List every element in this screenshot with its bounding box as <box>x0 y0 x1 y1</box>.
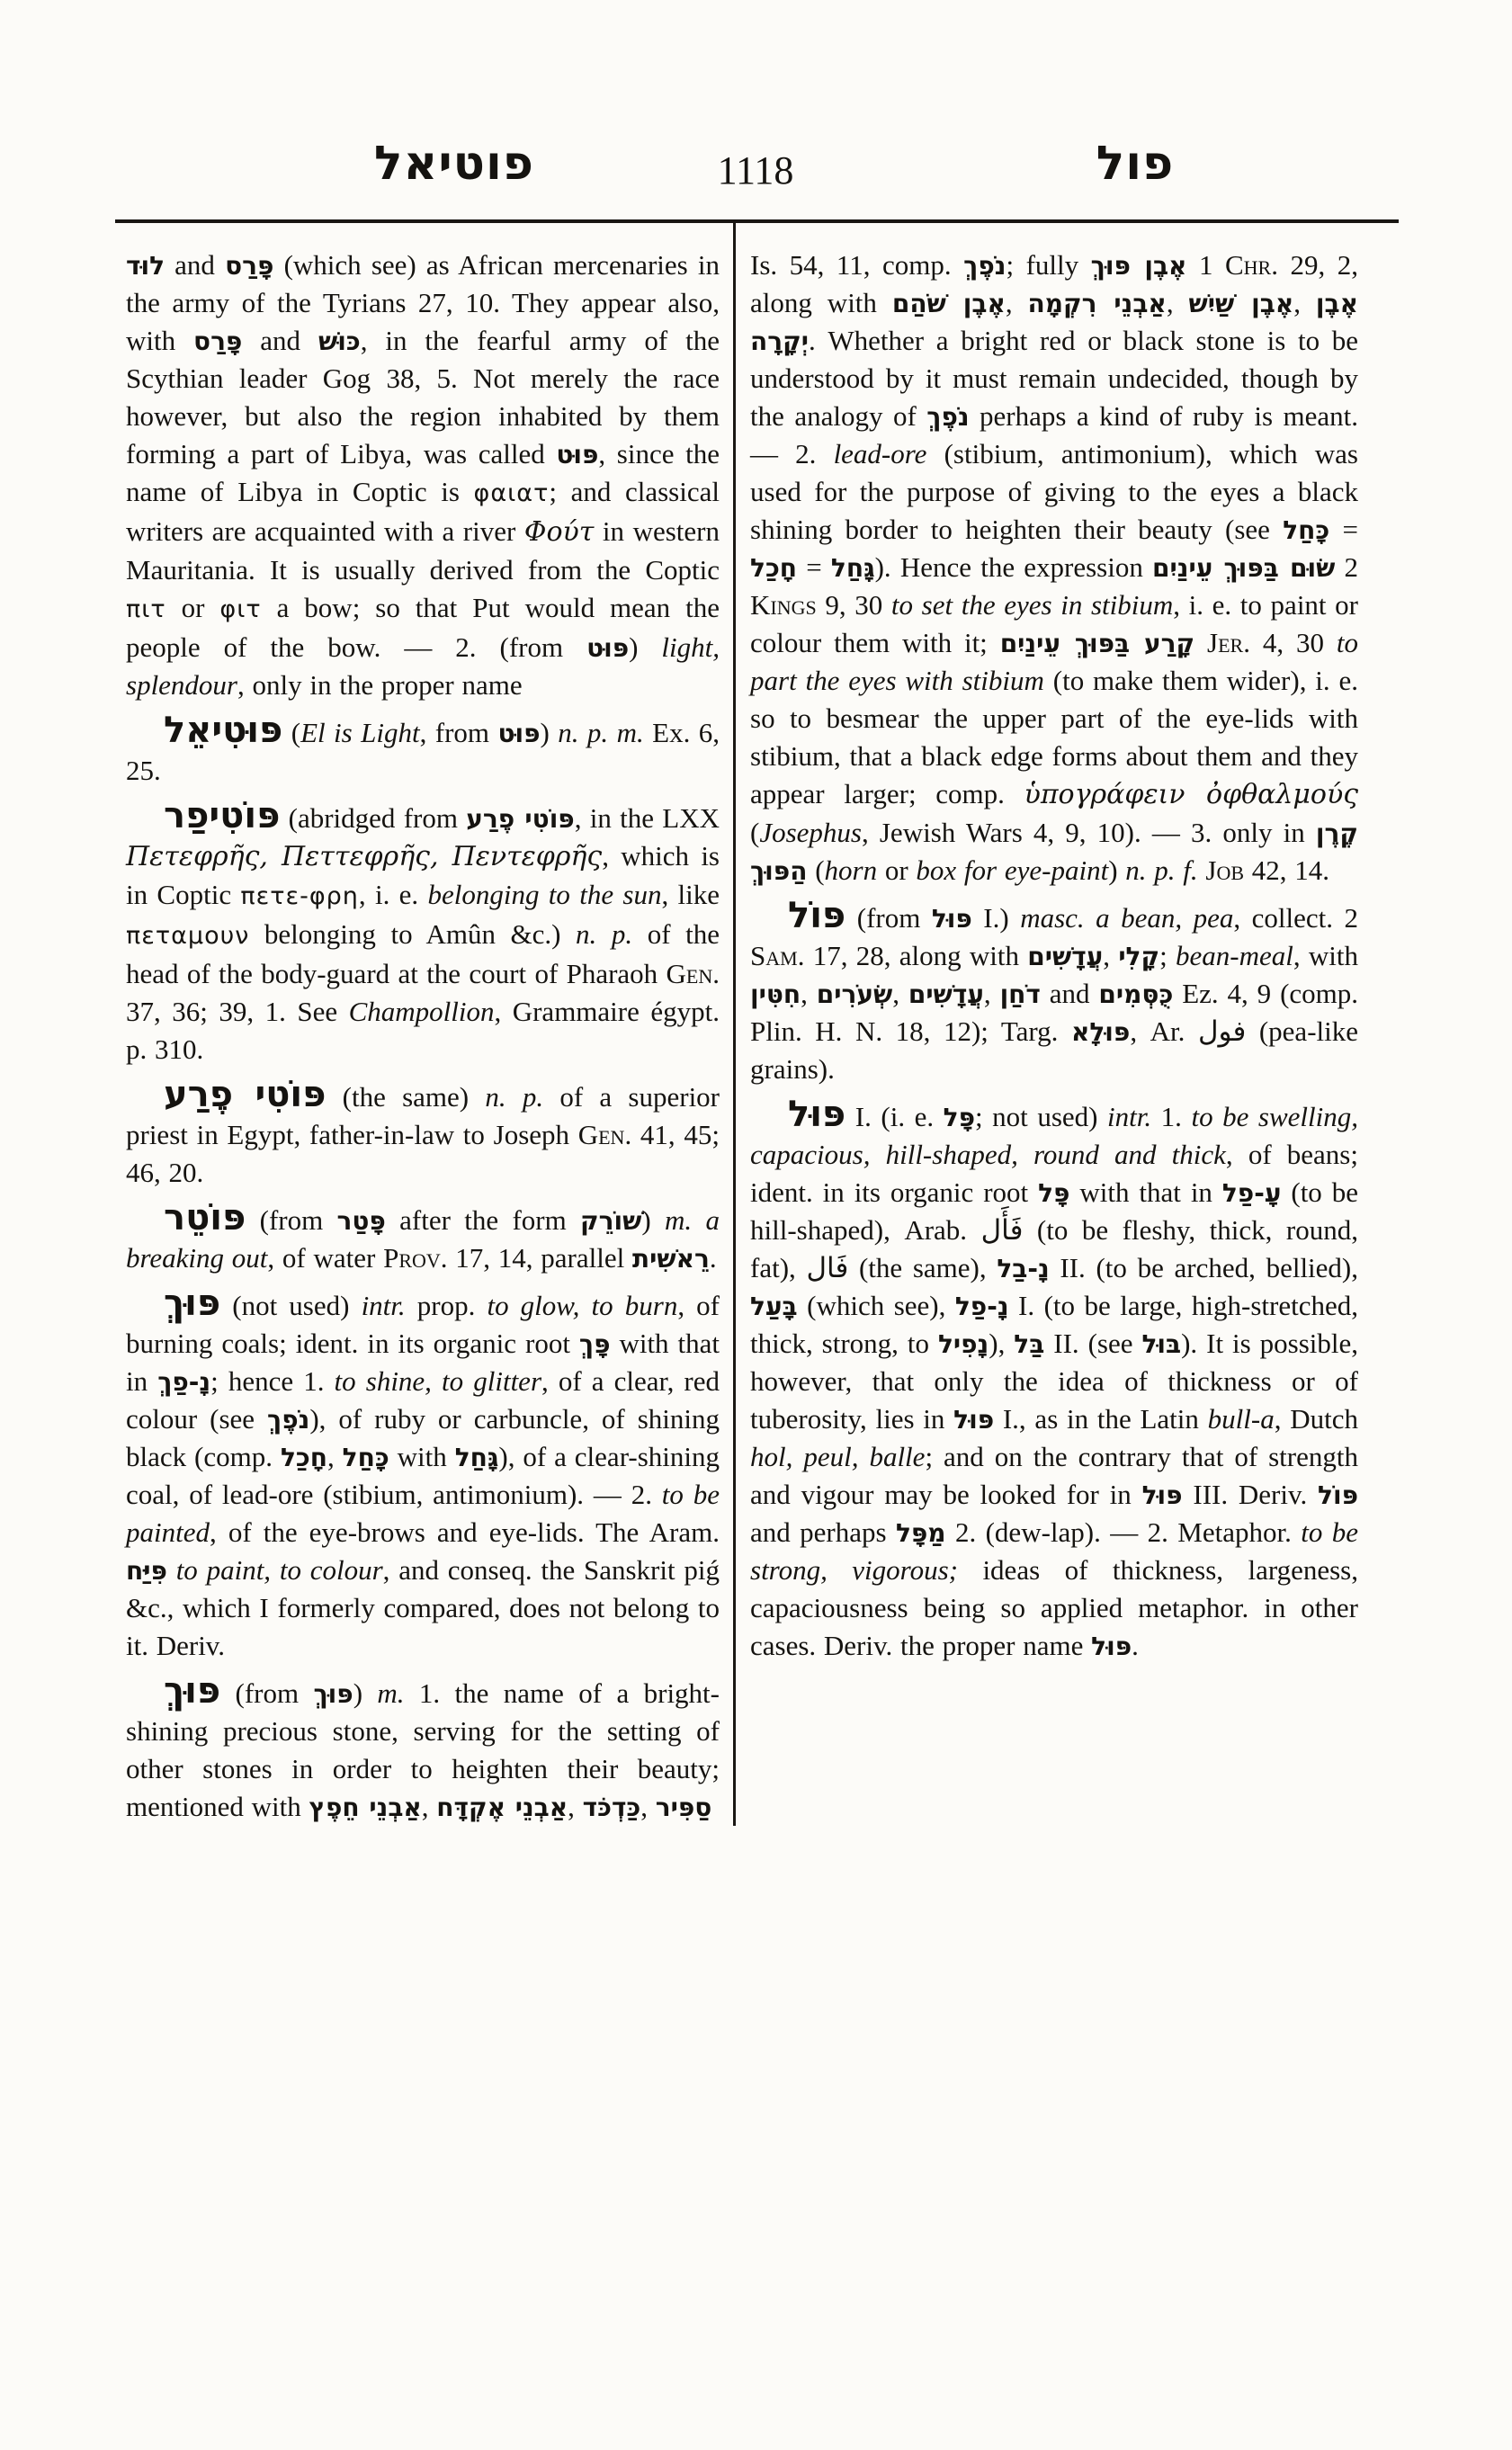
italic-text-run: n. p. f. <box>1125 854 1197 886</box>
hebrew-text-run: פּוּל <box>1091 1632 1132 1661</box>
smallcaps-reference: Sam. <box>750 940 804 971</box>
plain-text-run: with that in <box>1069 1176 1221 1208</box>
plain-text-run: ) <box>641 1204 665 1236</box>
text-columns: לוּד and פָּרַס (which see) as African m… <box>0 223 1512 1826</box>
hebrew-text-run: פּוּל <box>932 904 972 934</box>
hebrew-text-run: שׁוֹרֵק <box>580 1206 641 1236</box>
plain-text-run: or <box>166 592 220 623</box>
italic-text-run: hol, peul, balle <box>750 1441 925 1472</box>
hebrew-text-run: רֵאשִׁית <box>632 1244 710 1274</box>
dictionary-paragraph: לוּד and פָּרַס (which see) as African m… <box>126 246 720 704</box>
hebrew-text-run: נֹפֶךְ <box>267 1405 309 1435</box>
plain-text-run: 4, 30 <box>1250 627 1337 658</box>
plain-text-run: , <box>327 1441 343 1472</box>
smallcaps-reference: Prov. <box>383 1242 447 1274</box>
italic-text-run: box for eye-paint <box>916 854 1108 886</box>
dictionary-paragraph: פּוּטִיאֵל (El is Light, from פּוּט) n. … <box>126 712 720 790</box>
hebrew-text-run: פָּרַס <box>193 326 242 356</box>
plain-text-run: II. (to be arched, bellied), <box>1050 1252 1358 1283</box>
hebrew-text-run: בָּעַל <box>750 1292 798 1321</box>
italic-text-run: to paint, to colour <box>176 1554 383 1586</box>
plain-text-run: (which see), <box>798 1290 955 1321</box>
hebrew-text-run: בּוּל <box>1141 1329 1181 1359</box>
hebrew-text-run: לוּד <box>126 251 165 281</box>
plain-text-run: (not used) <box>220 1290 361 1321</box>
hebrew-headword: פּוֹל <box>788 895 845 936</box>
hebrew-text-run: גָּחַל <box>831 553 875 583</box>
plain-text-run: ; not used) <box>975 1101 1107 1132</box>
coptic-text-run: φαιατ <box>474 479 550 507</box>
dictionary-paragraph: פּוּךְ (not used) intr. prop. to glow, t… <box>126 1285 720 1665</box>
hebrew-text-run: אֶבֶן שַׁיִשׁ <box>1189 289 1294 318</box>
plain-text-run: 9, 30 <box>817 589 891 621</box>
hebrew-text-run: פָּרַס <box>225 251 273 281</box>
hebrew-text-run: פּוֹל <box>1318 1480 1358 1510</box>
dictionary-paragraph: פּוּךְ (from פּוּךְ) m. 1. the name of a… <box>126 1673 720 1826</box>
plain-text-run: I.) <box>972 902 1020 934</box>
plain-text-run: ; fully <box>1006 249 1090 281</box>
hebrew-headword: פּוּךְ <box>164 1670 220 1712</box>
plain-text-run: , <box>1006 287 1028 318</box>
running-head-left-hebrew: פוטיאל <box>374 140 534 187</box>
plain-text-run: , like <box>661 879 720 910</box>
hebrew-text-run: קָלִי <box>1118 942 1159 971</box>
dictionary-paragraph: Is. 54, 11, comp. נֹפֶךְ; fully אֶבֶן פּ… <box>750 246 1358 890</box>
italic-text-run: n. p. m. <box>558 717 643 748</box>
plain-text-run: , <box>984 978 1000 1009</box>
plain-text-run: ; <box>1159 940 1176 971</box>
plain-text-run: , <box>640 1791 656 1822</box>
plain-text-run: , in the LXX <box>575 802 720 834</box>
coptic-text-run: πεταμουν <box>126 922 249 950</box>
plain-text-run: ) <box>353 1677 378 1709</box>
plain-text-run: ( <box>282 717 300 748</box>
hebrew-headword: פּוֹטִי פֶרַע <box>164 1074 326 1115</box>
plain-text-run: ) <box>629 631 661 663</box>
plain-text-run: III. Deriv. <box>1183 1479 1318 1510</box>
italic-text-run: horn <box>825 854 878 886</box>
plain-text-run: (the same), <box>848 1252 997 1283</box>
plain-text-run <box>167 1554 176 1586</box>
hebrew-headword: פּוּטִיאֵל <box>164 710 282 751</box>
hebrew-text-run: פּוּט <box>556 440 598 469</box>
coptic-text-run: φιτ <box>219 595 261 623</box>
italic-text-run: intr. <box>1107 1101 1151 1132</box>
plain-text-run: ) <box>541 717 559 748</box>
hebrew-text-run: אַבְנֵי רִקְמָה <box>1028 289 1167 318</box>
plain-text-run: , <box>892 978 908 1009</box>
hebrew-text-run: פָּל <box>1038 1178 1069 1208</box>
arabic-text-run: فَال <box>806 1252 848 1284</box>
plain-text-run: , collect. 2 <box>1233 902 1358 934</box>
plain-text-run: (from <box>220 1677 313 1709</box>
italic-text-run: to glow, to burn <box>487 1290 677 1321</box>
italic-text-run: to shine, to glitter <box>335 1365 541 1397</box>
plain-text-run: 42, 14. <box>1244 854 1329 886</box>
plain-text-run: , <box>801 978 817 1009</box>
plain-text-run: prop. <box>406 1290 488 1321</box>
plain-text-run: after the form <box>386 1204 580 1236</box>
smallcaps-reference: Gen. <box>667 958 720 989</box>
hebrew-text-run: שׂוּם בַּפּוּךְ עֵינַיִם <box>1152 553 1335 583</box>
plain-text-run: Is. 54, 11, comp. <box>750 249 963 281</box>
plain-text-run: and <box>1041 978 1099 1009</box>
hebrew-text-run: כֻּסְּמִים <box>1098 979 1173 1009</box>
hebrew-text-run: אֶבֶן שֹׁהַם <box>892 289 1006 318</box>
plain-text-run: and <box>242 325 318 356</box>
greek-text-run: ὑπογράφειν ὀφθαλμούς <box>1024 779 1358 810</box>
hebrew-text-run: נָ-פַל <box>955 1292 1009 1321</box>
plain-text-run: , <box>1293 287 1316 318</box>
header-rule <box>115 219 1399 223</box>
plain-text-run: , <box>1167 287 1189 318</box>
hebrew-text-run: חִטִּין <box>750 979 801 1009</box>
hebrew-text-run: נֹפֶךְ <box>926 402 969 432</box>
hebrew-headword: פּוּךְ <box>164 1283 220 1324</box>
plain-text-run: , Jewish Wars 4, 9, 10). — 3. only in <box>862 817 1316 848</box>
greek-text-run: Φούτ <box>524 516 595 548</box>
hebrew-text-run: עֲדָשִׁים <box>1027 942 1103 971</box>
page-number: 1118 <box>718 151 794 191</box>
hebrew-text-run: פּוּל <box>953 1405 994 1435</box>
plain-text-run: , with <box>1293 940 1358 971</box>
italic-text-run: n. p. <box>576 918 632 950</box>
hebrew-text-run: עָ-פַל <box>1222 1178 1282 1208</box>
left-column: לוּד and פָּרַס (which see) as African m… <box>126 246 720 1826</box>
hebrew-text-run: פּוּךְ <box>314 1679 353 1709</box>
smallcaps-reference: Kings <box>750 589 817 621</box>
hebrew-text-run: נָ-בַל <box>997 1254 1049 1283</box>
plain-text-run: , i. e. <box>359 879 428 910</box>
hebrew-text-run: שְׂעֹרִים <box>817 979 892 1009</box>
plain-text-run: = <box>1329 514 1358 545</box>
hebrew-text-run: נָפִיל <box>938 1329 989 1359</box>
plain-text-run: I., as in the Latin <box>994 1403 1208 1435</box>
hebrew-text-run: נָ-פַךְ <box>157 1367 210 1397</box>
hebrew-text-run: כָּחַל <box>343 1443 389 1472</box>
plain-text-run: (the same) <box>326 1081 485 1113</box>
plain-text-run: with <box>389 1441 455 1472</box>
dictionary-paragraph: פּוֹטֵר (from פָּטַר after the form שׁוֹ… <box>126 1200 720 1277</box>
plain-text-run: or <box>877 854 916 886</box>
italic-text-run: bean-meal <box>1176 940 1293 971</box>
dictionary-paragraph: פּוֹטִיפַר (abridged from פּוֹטִי פֶרַע,… <box>126 798 720 1069</box>
plain-text-run: 17, 28, along with <box>804 940 1027 971</box>
plain-text-run: , Ar. <box>1130 1015 1198 1047</box>
hebrew-text-run: אֶבֶן פּוּךְ <box>1091 251 1187 281</box>
plain-text-run: . <box>710 1242 717 1274</box>
running-head-right-hebrew: פול <box>1096 140 1175 187</box>
hebrew-text-run: פּוֹטִי פֶרַע <box>466 804 574 834</box>
plain-text-run: and <box>165 249 225 281</box>
italic-text-run: Champollion <box>349 996 495 1027</box>
hebrew-text-run: אַבְנֵי אֶקְדָּח <box>436 1793 568 1822</box>
dictionary-paragraph: פּוֹל (from פּוּל I.) masc. a bean, pea,… <box>750 898 1358 1088</box>
plain-text-run <box>1194 627 1207 658</box>
greek-text-run: Πετεφρῆς, Πεττεφρῆς, Πεντεφρῆς <box>126 841 602 872</box>
italic-text-run: Josephus <box>759 817 862 848</box>
column-divider-rule <box>733 223 736 1826</box>
plain-text-run: (from <box>845 902 932 934</box>
smallcaps-reference: Gen. <box>578 1119 631 1150</box>
hebrew-text-run: פָּטַר <box>337 1206 386 1236</box>
coptic-text-run: πετε-φρη <box>240 882 359 910</box>
hebrew-text-run: נֹפֶךְ <box>963 251 1006 281</box>
smallcaps-reference: Chr. <box>1225 249 1278 281</box>
italic-text-run: masc. a bean, pea <box>1020 902 1233 934</box>
hebrew-text-run: פּוּל <box>1142 1480 1183 1510</box>
arabic-text-run: فَأَل <box>981 1214 1024 1247</box>
smallcaps-reference: Job <box>1205 854 1244 886</box>
italic-text-run: to set the eyes in stibium <box>891 589 1173 621</box>
plain-text-run: . <box>1132 1630 1139 1661</box>
plain-text-run: (from <box>246 1204 336 1236</box>
plain-text-run: 1 <box>1186 249 1225 281</box>
plain-text-run: ) <box>1108 854 1125 886</box>
hebrew-text-run: גָּחַל <box>455 1443 499 1472</box>
plain-text-run: I. (i. e. <box>845 1101 943 1132</box>
hebrew-headword: פּוֹטֵר <box>164 1197 246 1238</box>
plain-text-run: , from <box>420 717 498 748</box>
plain-text-run: , <box>422 1791 437 1822</box>
hebrew-text-run: כּוּשׁ <box>318 326 361 356</box>
coptic-text-run: πιτ <box>126 595 166 623</box>
hebrew-text-run: פּוּט <box>497 719 540 748</box>
plain-text-run: 17, 14, parallel <box>448 1242 632 1274</box>
plain-text-run: = <box>797 551 831 583</box>
italic-text-run: n. p. <box>485 1081 543 1113</box>
italic-text-run: intr. <box>362 1290 406 1321</box>
plain-text-run: ( <box>750 817 759 848</box>
dictionary-paragraph: פּוֹטִי פֶרַע (the same) n. p. of a supe… <box>126 1077 720 1192</box>
plain-text-run: 1. <box>1151 1101 1191 1132</box>
hebrew-text-run: קָרַע בַּפּוּךְ עֵינַיִם <box>1000 629 1194 658</box>
hebrew-text-run: כָּחַל <box>1283 515 1329 545</box>
italic-text-run: bull-a <box>1208 1403 1275 1435</box>
hebrew-text-run: עֲדָשִׁים <box>908 979 984 1009</box>
plain-text-run: , <box>568 1791 583 1822</box>
plain-text-run: ; hence 1. <box>210 1365 334 1397</box>
hebrew-text-run: פָּךְ <box>579 1329 611 1359</box>
italic-text-run: El is Light <box>300 717 420 748</box>
hebrew-text-run: דֹחַן <box>1000 979 1041 1009</box>
hebrew-text-run: בַּל <box>1014 1329 1044 1359</box>
dictionary-paragraph: פּוּל I. (i. e. פָּל; not used) intr. 1.… <box>750 1096 1358 1665</box>
hebrew-headword: פּוֹטִיפַר <box>164 795 280 836</box>
plain-text-run: , of the eye-brows and eye-lids. The Ara… <box>210 1516 720 1548</box>
plain-text-run: and perhaps <box>750 1516 896 1548</box>
plain-text-run: 2. (dew-lap). — 2. Metaphor. <box>946 1516 1302 1548</box>
plain-text-run: ( <box>807 854 824 886</box>
hebrew-text-run: מַפָּל <box>896 1518 946 1548</box>
plain-text-run: , Dutch <box>1275 1403 1358 1435</box>
plain-text-run: (abridged from <box>280 802 466 834</box>
hebrew-text-run: אַבְנֵי חֵפֶץ <box>309 1793 421 1822</box>
plain-text-run: , only in the proper name <box>237 669 523 701</box>
arabic-text-run: فول <box>1198 1015 1246 1048</box>
plain-text-run: ). Hence the expression <box>875 551 1152 583</box>
hebrew-text-run: סַפִּיר <box>656 1793 712 1822</box>
plain-text-run: , <box>1103 940 1118 971</box>
hebrew-headword: פּוּל <box>788 1094 845 1135</box>
page-header: פוטיאל 1118 פול <box>0 0 1512 223</box>
plain-text-run: ), <box>989 1328 1014 1359</box>
hebrew-text-run: פִּיַּח <box>126 1556 167 1586</box>
hebrew-text-run: פָּל <box>944 1103 975 1132</box>
lexicon-page: פוטיאל 1118 פול לוּד and פָּרַס (which s… <box>0 0 1512 2450</box>
plain-text-run: II. (see <box>1044 1328 1141 1359</box>
hebrew-text-run: פּוּט <box>586 633 629 663</box>
hebrew-text-run: חָכַל <box>281 1443 327 1472</box>
plain-text-run: 37, 36; 39, 1. See <box>126 996 349 1027</box>
italic-text-run: m. <box>377 1677 404 1709</box>
right-column: Is. 54, 11, comp. נֹפֶךְ; fully אֶבֶן פּ… <box>750 246 1358 1826</box>
plain-text-run: , of water <box>267 1242 383 1274</box>
hebrew-text-run: פּוּלָא <box>1071 1017 1130 1047</box>
plain-text-run: belonging to Amûn &c.) <box>249 918 576 950</box>
smallcaps-reference: Jer. <box>1207 627 1250 658</box>
hebrew-text-run: חָכַל <box>750 553 797 583</box>
italic-text-run: belonging to the sun <box>427 879 661 910</box>
plain-text-run: 2 <box>1335 551 1358 583</box>
hebrew-text-run: כַּדְכֹּד <box>583 1793 641 1822</box>
italic-text-run: lead-ore <box>834 438 927 469</box>
